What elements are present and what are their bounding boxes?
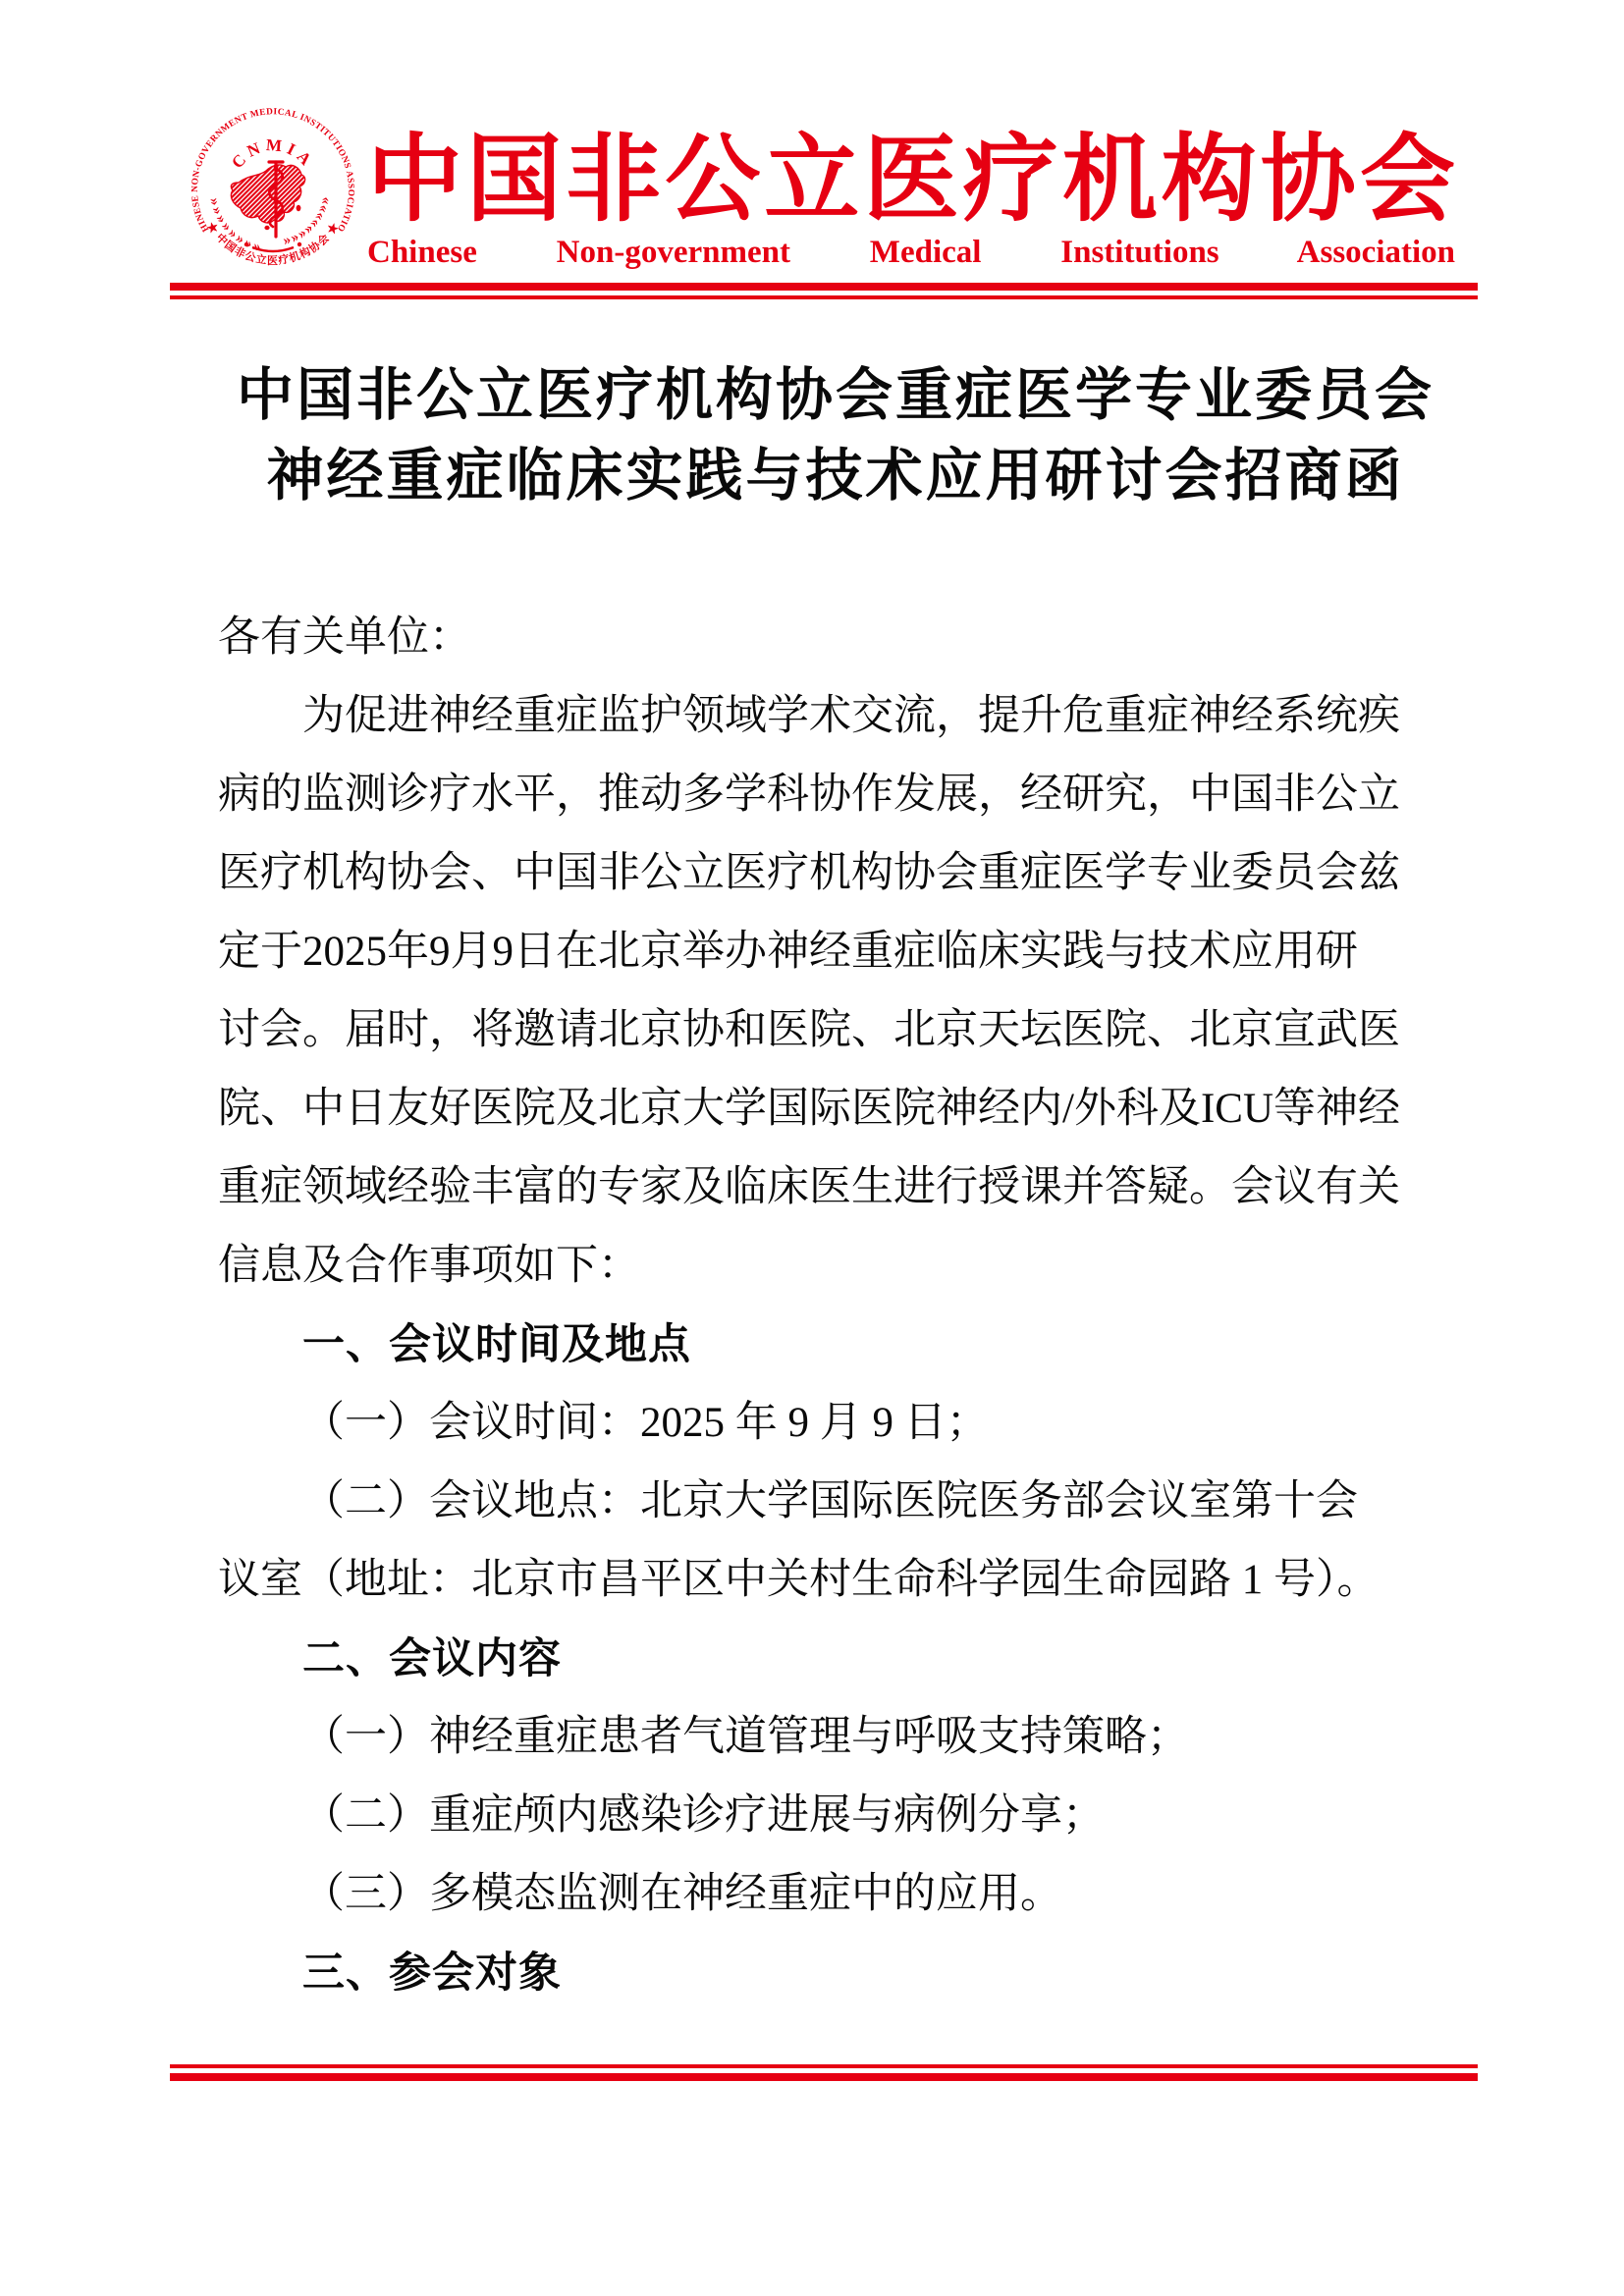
body-line: （二）会议地点：北京大学国际医院医务部会议室第十会 (218, 1463, 1453, 1541)
body-line: 定于2025年9月9日在北京举办神经重症临床实践与技术应用研 (218, 913, 1453, 991)
body-line: 二、会议内容 (218, 1620, 1453, 1698)
body-line: 为促进神经重症监护领域学术交流，提升危重症神经系统疾 (218, 677, 1453, 756)
body-line: 院、中日友好医院及北京大学国际医院神经内/外科及ICU等神经 (218, 1070, 1453, 1148)
letter-page: CHINESE NON-GOVERNMENT MEDICAL INSTITUTI… (0, 0, 1624, 2296)
body-line: 病的监测诊疗水平，推动多学科协作发展，经研究，中国非公立 (218, 756, 1453, 834)
body-line: 医疗机构协会、中国非公立医疗机构协会重症医学专业委员会兹 (218, 834, 1453, 913)
body-line: 各有关单位： (218, 599, 1453, 677)
china-map-shape (231, 165, 304, 230)
footer-rule-thick (170, 2073, 1478, 2081)
document-title-line-1: 中国非公立医疗机构协会重症医学专业委员会 (218, 355, 1453, 436)
header-rule-thin (170, 295, 1478, 299)
association-seal-logo: CHINESE NON-GOVERNMENT MEDICAL INSTITUTI… (189, 106, 356, 273)
body-line: 讨会。届时，将邀请北京协和医院、北京天坛医院、北京宣武医 (218, 991, 1453, 1070)
body-line: （一）会议时间：2025 年 9 月 9 日； (218, 1384, 1453, 1463)
document-title: 中国非公立医疗机构协会重症医学专业委员会 神经重症临床实践与技术应用研讨会招商函 (218, 355, 1453, 516)
footer-rule-thin (170, 2064, 1478, 2068)
header-rule-thick (170, 283, 1478, 291)
body-text: 各有关单位： 为促进神经重症监护领域学术交流，提升危重症神经系统疾 病的监测诊疗… (218, 599, 1453, 2012)
body-line: 三、参会对象 (218, 1934, 1453, 2012)
body-line: 重症领域经验丰富的专家及临床医生进行授课并答疑。会议有关 (218, 1148, 1453, 1227)
body-line: （一）神经重症患者气道管理与呼吸支持策略； (218, 1698, 1453, 1777)
org-name-zh: 中国非公立医疗机构协会 (367, 126, 1455, 236)
body-line: （二）重症颅内感染诊疗进展与病例分享； (218, 1777, 1453, 1855)
document-title-line-2: 神经重症临床实践与技术应用研讨会招商函 (218, 436, 1453, 516)
org-name-en: Chinese Non-government Medical Instituti… (367, 232, 1455, 273)
body-line: 信息及合作事项如下： (218, 1227, 1453, 1306)
body-line: 议室（地址：北京市昌平区中关村生命科学园生命园路 1 号）。 (218, 1541, 1453, 1620)
body-line: （三）多模态监测在神经重症中的应用。 (218, 1855, 1453, 1934)
body-line: 一、会议时间及地点 (218, 1306, 1453, 1384)
